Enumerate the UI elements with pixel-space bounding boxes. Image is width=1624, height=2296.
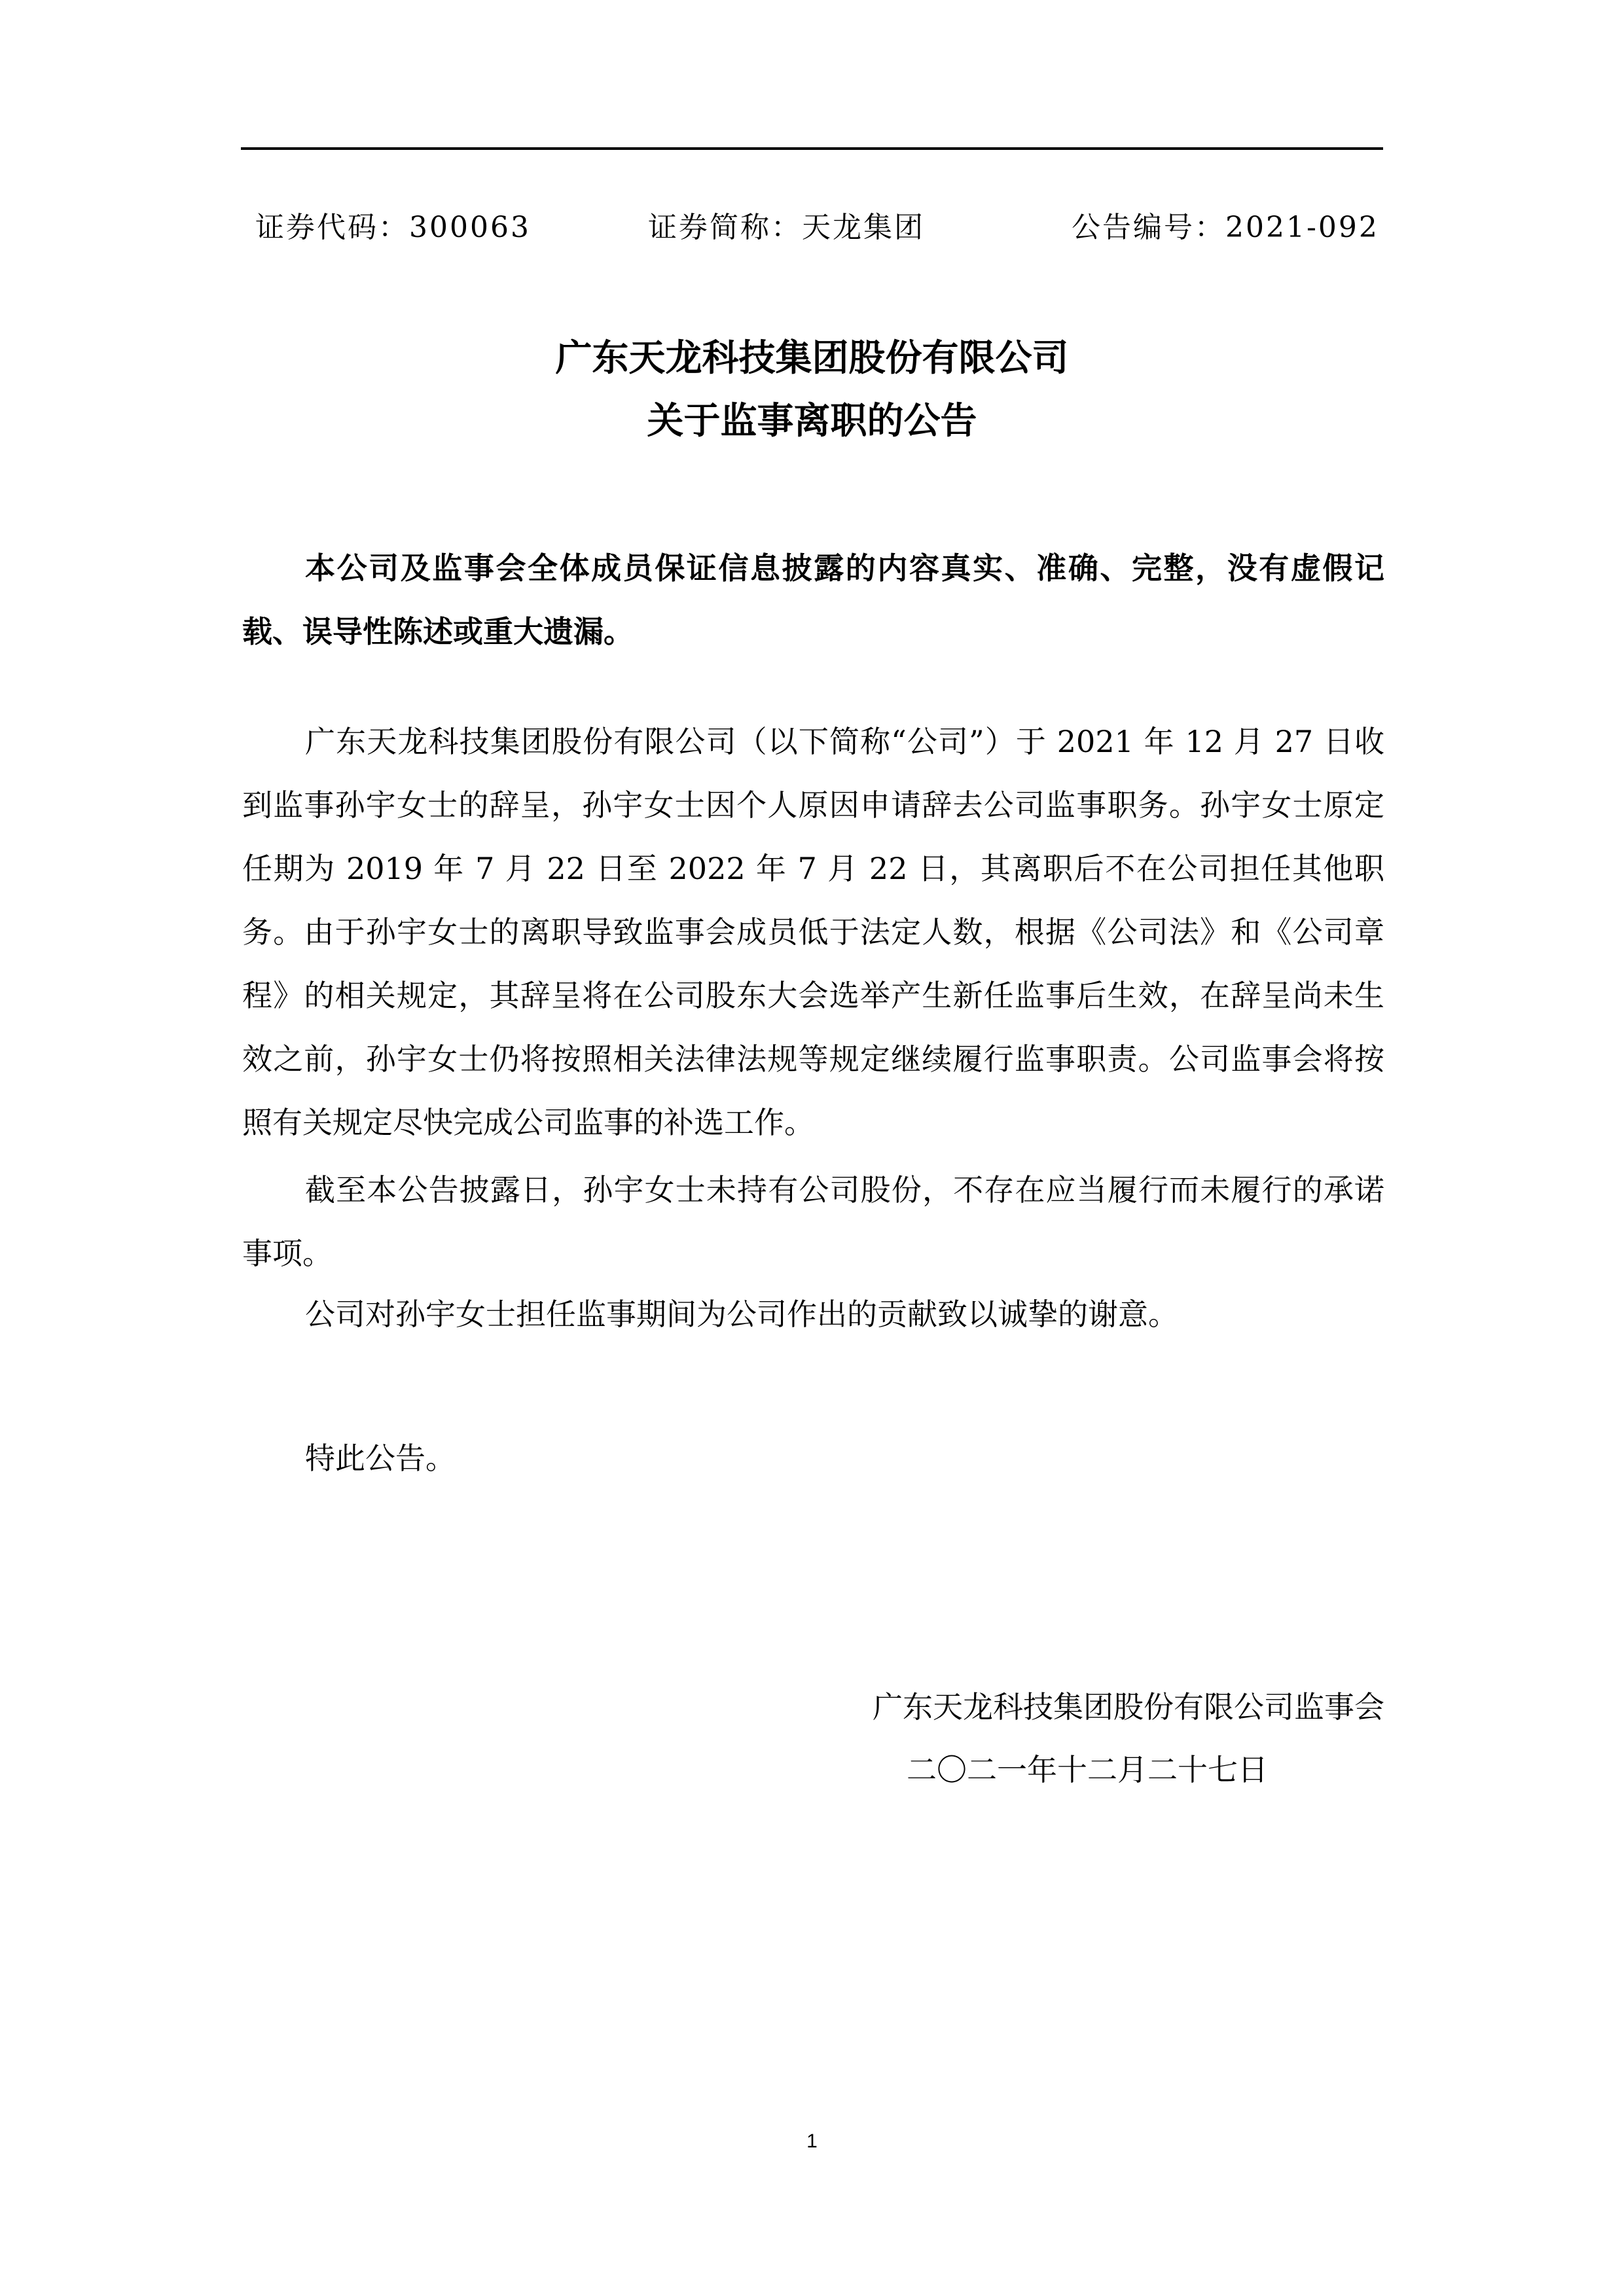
document-title: 广东天龙科技集团股份有限公司 关于监事离职的公告 (0, 327, 1624, 453)
security-short-name: 证券简称：天龙集团 (648, 208, 925, 247)
title-subject: 关于监事离职的公告 (0, 390, 1624, 453)
security-code: 证券代码：300063 (255, 208, 531, 247)
announcement-number: 公告编号：2021-092 (1072, 208, 1379, 247)
page-number: 1 (0, 2130, 1624, 2153)
announcement-meta-row: 证券代码：300063 证券简称：天龙集团 公告编号：2021-092 (255, 208, 1381, 247)
signature-date: 二〇二一年十二月二十七日 (753, 1738, 1440, 1801)
disclaimer-statement: 本公司及监事会全体成员保证信息披露的内容真实、准确、完整，没有虚假记载、误导性陈… (242, 537, 1384, 664)
header-rule (241, 147, 1383, 150)
body-paragraph-resignation: 广东天龙科技集团股份有限公司（以下简称“公司”）于 2021 年 12 月 27… (242, 710, 1384, 1155)
closing-statement: 特此公告。 (242, 1427, 1384, 1490)
body-paragraph-thanks: 公司对孙宇女士担任监事期间为公司作出的贡献致以诚挚的谢意。 (242, 1283, 1384, 1346)
body-paragraph-shareholding: 截至本公告披露日，孙宇女士未持有公司股份，不存在应当履行而未履行的承诺事项。 (242, 1158, 1384, 1285)
title-company: 广东天龙科技集团股份有限公司 (0, 327, 1624, 390)
signature-block: 广东天龙科技集团股份有限公司监事会 二〇二一年十二月二十七日 (753, 1676, 1440, 1801)
signature-organization: 广东天龙科技集团股份有限公司监事会 (753, 1676, 1440, 1738)
